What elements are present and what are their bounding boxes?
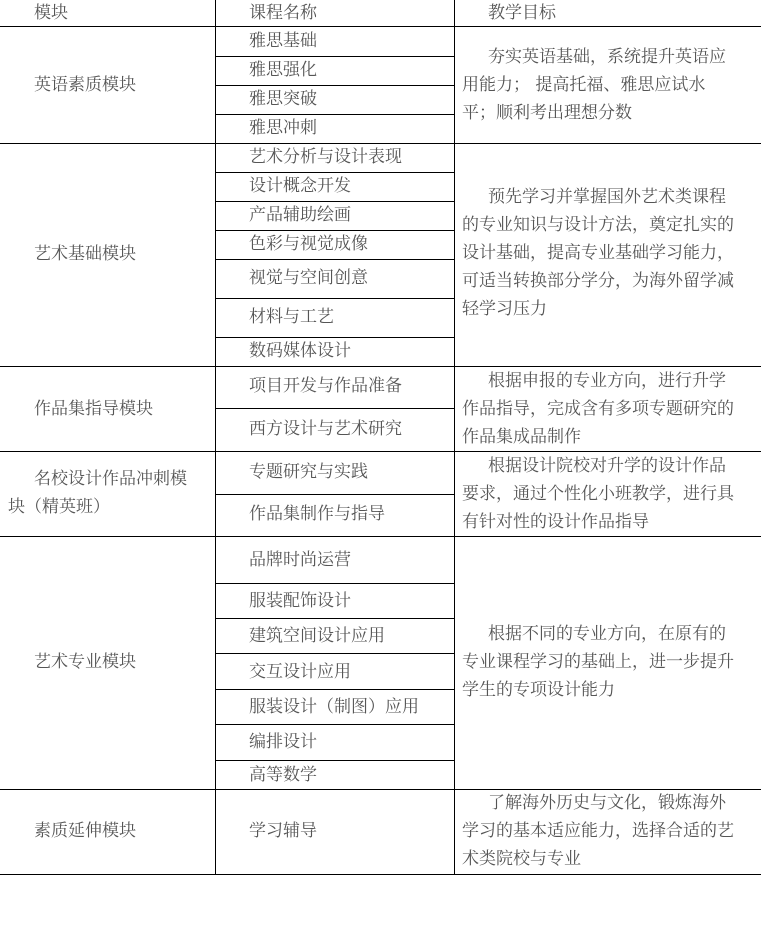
course-item: 视觉与空间创意 — [249, 268, 368, 288]
course-item: 作品集制作与指导 — [249, 504, 385, 524]
module-name: 作品集指导模块 — [34, 399, 153, 419]
row-divider — [215, 201, 454, 202]
row-divider — [215, 230, 454, 231]
teaching-goal: 预先学习并掌握国外艺术类课程 的专业知识与设计方法，奠定扎实的 设计基础，提高专… — [462, 183, 761, 323]
row-divider — [215, 618, 454, 619]
goal-line: 作品指导，完成含有多项专题研究的 — [462, 395, 761, 423]
course-item: 雅思基础 — [249, 31, 317, 51]
module-divider — [0, 536, 761, 537]
row-divider — [215, 259, 454, 260]
row-divider — [215, 172, 454, 173]
row-divider — [215, 724, 454, 725]
course-item: 专题研究与实践 — [249, 462, 368, 482]
row-divider — [215, 85, 454, 86]
module-name: 名校设计作品冲刺模 块（精英班） — [8, 465, 208, 521]
course-item: 产品辅助绘画 — [249, 205, 351, 225]
row-divider — [215, 689, 454, 690]
header-divider — [0, 26, 761, 27]
goal-line: 平；顺利考出理想分数 — [462, 99, 761, 127]
course-item: 建筑空间设计应用 — [249, 626, 385, 646]
row-divider — [215, 56, 454, 57]
course-item: 项目开发与作品准备 — [249, 376, 402, 396]
row-divider — [215, 653, 454, 654]
row-divider — [215, 337, 454, 338]
table-bottom-border — [0, 874, 761, 875]
header-course-name: 课程名称 — [249, 3, 317, 23]
teaching-goal: 根据申报的专业方向，进行升学 作品指导，完成含有多项专题研究的 作品集成品制作 — [462, 367, 761, 451]
course-item: 服装配饰设计 — [249, 591, 351, 611]
module-name-line: 名校设计作品冲刺模 — [8, 465, 208, 493]
course-item: 色彩与视觉成像 — [249, 234, 368, 254]
teaching-goal: 根据不同的专业方向，在原有的 专业课程学习的基础上，进一步提升 学生的专项设计能… — [462, 620, 761, 704]
module-divider — [0, 143, 761, 144]
goal-line: 根据不同的专业方向，在原有的 — [462, 620, 761, 648]
module-name: 素质延伸模块 — [34, 821, 136, 841]
goal-line: 预先学习并掌握国外艺术类课程 — [462, 183, 761, 211]
goal-line: 学习的基本适应能力，选择合适的艺 — [462, 817, 761, 845]
module-name: 艺术基础模块 — [34, 244, 136, 264]
course-item: 西方设计与艺术研究 — [249, 419, 402, 439]
teaching-goal: 根据设计院校对升学的设计作品 要求，通过个性化小班教学，进行具 有针对性的设计作… — [462, 452, 761, 536]
header-module: 模块 — [34, 3, 68, 23]
row-divider — [215, 114, 454, 115]
goal-line: 术类院校与专业 — [462, 845, 761, 873]
goal-line: 要求，通过个性化小班教学，进行具 — [462, 480, 761, 508]
course-item: 设计概念开发 — [249, 176, 351, 196]
course-item: 雅思突破 — [249, 89, 317, 109]
header-teaching-goal: 教学目标 — [488, 3, 556, 23]
goal-line: 夯实英语基础，系统提升英语应 — [462, 43, 761, 71]
course-item: 交互设计应用 — [249, 662, 351, 682]
course-item: 艺术分析与设计表现 — [249, 147, 402, 167]
teaching-goal: 夯实英语基础，系统提升英语应 用能力； 提高托福、雅思应试水 平；顺利考出理想分… — [462, 43, 761, 127]
course-item: 服装设计（制图）应用 — [249, 697, 419, 717]
goal-line: 设计基础，提高专业基础学习能力， — [462, 239, 761, 267]
column-divider-2 — [454, 0, 455, 875]
course-item: 学习辅导 — [249, 821, 317, 841]
course-item: 编排设计 — [249, 732, 317, 752]
course-item: 材料与工艺 — [249, 307, 334, 327]
goal-line: 了解海外历史与文化，锻炼海外 — [462, 789, 761, 817]
row-divider — [215, 583, 454, 584]
goal-line: 有针对性的设计作品指导 — [462, 508, 761, 536]
goal-line: 的专业知识与设计方法，奠定扎实的 — [462, 211, 761, 239]
module-name: 艺术专业模块 — [34, 652, 136, 672]
goal-line: 可适当转换部分学分，为海外留学减 — [462, 267, 761, 295]
row-divider — [215, 760, 454, 761]
teaching-goal: 了解海外历史与文化，锻炼海外 学习的基本适应能力，选择合适的艺 术类院校与专业 — [462, 789, 761, 873]
row-divider — [215, 408, 454, 409]
column-divider-1 — [215, 0, 216, 875]
module-name-line: 块（精英班） — [8, 493, 208, 521]
course-item: 高等数学 — [249, 765, 317, 785]
goal-line: 根据申报的专业方向，进行升学 — [462, 367, 761, 395]
goal-line: 作品集成品制作 — [462, 423, 761, 451]
goal-line: 学生的专项设计能力 — [462, 676, 761, 704]
module-name: 英语素质模块 — [34, 75, 136, 95]
goal-line: 用能力； 提高托福、雅思应试水 — [462, 71, 761, 99]
course-item: 雅思强化 — [249, 60, 317, 80]
goal-line: 根据设计院校对升学的设计作品 — [462, 452, 761, 480]
row-divider — [215, 494, 454, 495]
goal-line: 专业课程学习的基础上，进一步提升 — [462, 648, 761, 676]
goal-line: 轻学习压力 — [462, 295, 761, 323]
course-item: 雅思冲刺 — [249, 118, 317, 138]
course-item: 品牌时尚运营 — [249, 550, 351, 570]
row-divider — [215, 298, 454, 299]
course-item: 数码媒体设计 — [249, 341, 351, 361]
